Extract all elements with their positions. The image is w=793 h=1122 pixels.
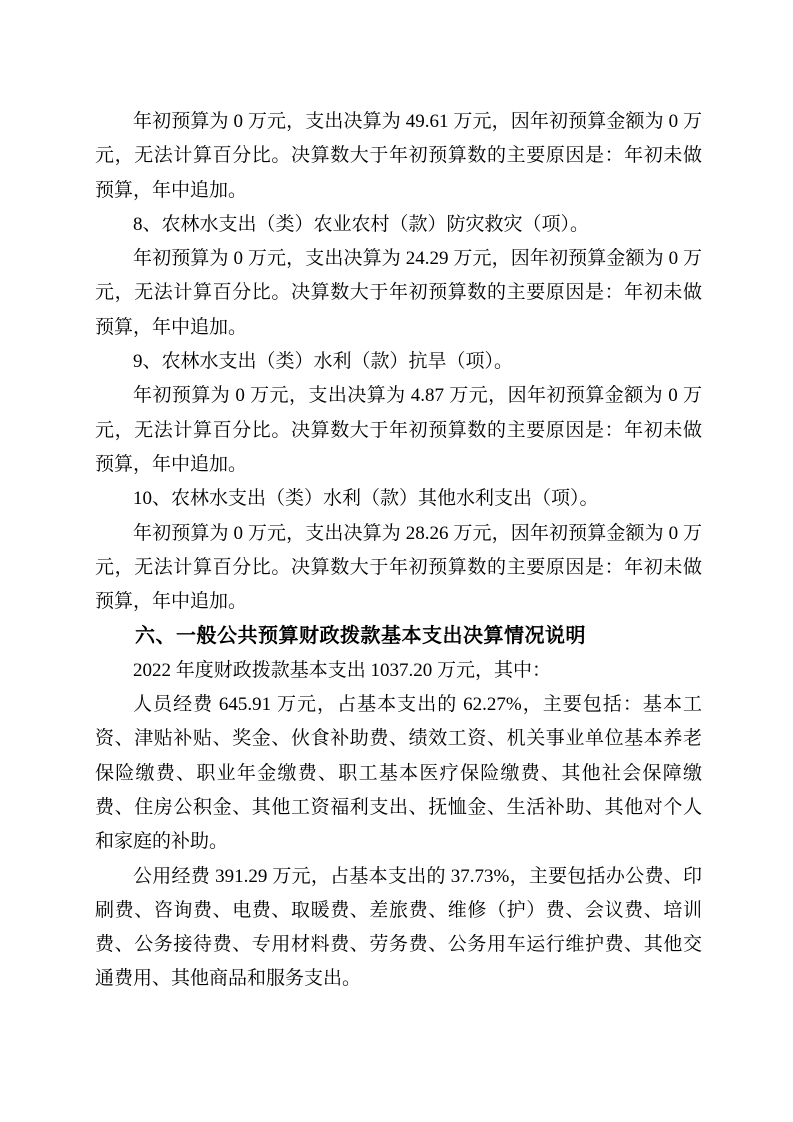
paragraph-item8-title: 8、农林水支出（类）农业农村（款）防灾救灾（项）。 — [95, 208, 702, 242]
paragraph-item10-title: 10、农林水支出（类）水利（款）其他水利支出（项）。 — [95, 482, 702, 516]
document-text-block: 年初预算为 0 万元，支出决算为 49.61 万元，因年初预算金额为 0 万元，… — [95, 105, 702, 997]
section-heading-basic-expenditure: 六、一般公共预算财政拨款基本支出决算情况说明 — [95, 619, 702, 653]
paragraph-personnel-funds: 人员经费 645.91 万元，占基本支出的 62.27%，主要包括：基本工资、津… — [95, 688, 702, 859]
document-page: 年初预算为 0 万元，支出决算为 49.61 万元，因年初预算金额为 0 万元，… — [0, 0, 793, 1122]
paragraph-item10-budget-note: 年初预算为 0 万元，支出决算为 28.26 万元，因年初预算金额为 0 万元，… — [95, 517, 702, 620]
paragraph-basic-expenditure-total: 2022 年度财政拨款基本支出 1037.20 万元，其中： — [95, 654, 702, 688]
paragraph-item9-budget-note: 年初预算为 0 万元，支出决算为 4.87 万元，因年初预算金额为 0 万元，无… — [95, 379, 702, 482]
paragraph-item8-budget-note: 年初预算为 0 万元，支出决算为 24.29 万元，因年初预算金额为 0 万元，… — [95, 242, 702, 345]
paragraph-item7-budget-note: 年初预算为 0 万元，支出决算为 49.61 万元，因年初预算金额为 0 万元，… — [95, 105, 702, 208]
paragraph-public-funds: 公用经费 391.29 万元，占基本支出的 37.73%，主要包括办公费、印刷费… — [95, 860, 702, 997]
paragraph-item9-title: 9、农林水支出（类）水利（款）抗旱（项）。 — [95, 345, 702, 379]
